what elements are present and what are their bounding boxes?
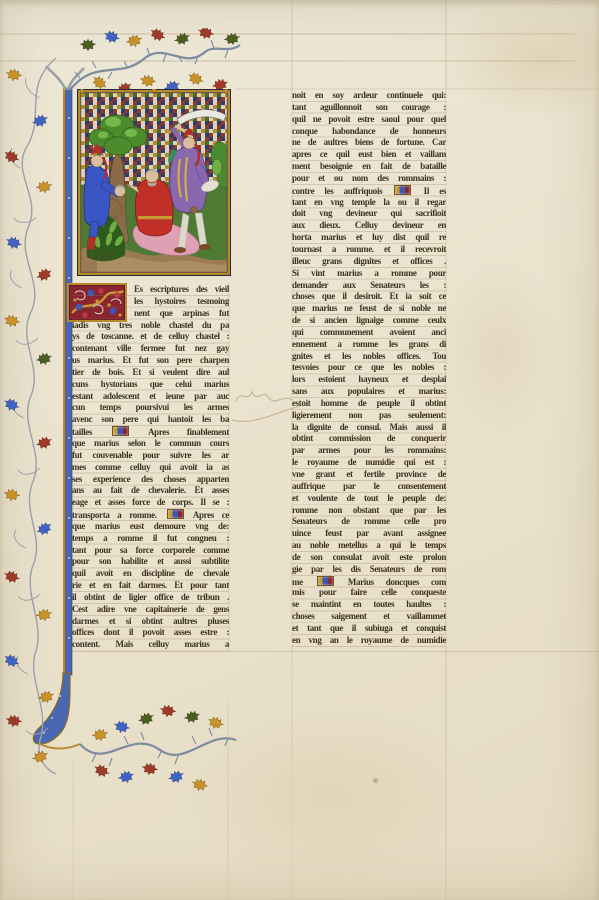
top-vine — [70, 28, 241, 98]
text-line: estant adolescent et ieune par auc — [72, 391, 229, 403]
text-line: me Marius doncques com — [292, 576, 446, 588]
text-line: les hystoires tesmoing — [72, 296, 229, 308]
text-line: mis pour faire celle conqueste — [292, 587, 446, 599]
text-line: quil ne povoit estre saoul pour quel — [292, 114, 446, 126]
text-line: content. Mais celluy marius a — [72, 639, 229, 651]
text-line: Es escriptures des vieil — [72, 284, 229, 296]
paraph-mark — [112, 426, 129, 436]
text-line: eage et asses force de corps. Il se : — [72, 497, 229, 509]
text-line: Si vint marius a romme pour — [292, 268, 446, 280]
left-vine — [2, 58, 56, 774]
text-line: qui communement avoient anci — [292, 327, 446, 339]
text-line: au noble metellus a qui le temps — [292, 540, 446, 552]
text-line: en vng an le royaume de numidie — [292, 635, 446, 647]
text-line: cun temps poursivui les armes — [72, 402, 229, 414]
text-line: mes comme celluy qui avoit ia as — [72, 462, 229, 474]
text-line: ys de toscanne. et de celluy chastel : — [72, 331, 229, 343]
parchment-speck — [372, 777, 379, 784]
text-line: iadis vng tres noble chastel du pa — [72, 320, 229, 332]
text-line: ne de aultres biens de fortune. Car — [292, 137, 446, 149]
text-line: que marius ne feust de si noble ne — [292, 303, 446, 315]
severed-head — [115, 185, 126, 197]
text-line: temps a romme il fut congneu : — [72, 533, 229, 545]
text-line: apres ce quil eust bien et vaillam — [292, 149, 446, 161]
text-line: cuns hystorians que celui marius — [72, 379, 229, 391]
text-line: tournast a romme. et il recevroit — [292, 244, 446, 256]
text-line: ans au fait de chevalerie. Et asses — [72, 485, 229, 497]
text-line: doit vng devineur qui sacrifioit — [292, 208, 446, 220]
text-line: tailles Apres finablement — [72, 426, 229, 438]
miniature-painting — [77, 89, 231, 276]
text-line: tier de bois. Et si veulent dire aul — [72, 367, 229, 379]
text-line: gnites et les nobles offices. Tou — [292, 351, 446, 363]
text-line: illeuc grans dignites et offices . — [292, 256, 446, 268]
text-line: uince feust par avant assignee — [292, 528, 446, 540]
text-line: tant en vng temple la ou il regar — [292, 197, 446, 209]
text-line: quil avoit en discipline de chevale — [72, 568, 229, 580]
text-line: romme non obstant que par les — [292, 505, 446, 517]
paraph-mark — [394, 185, 411, 195]
text-line: tesvoies pour ce que les nobles : — [292, 362, 446, 374]
text-line: de son consulat avoit este prolon — [292, 552, 446, 564]
text-line: que marius eust demoure vng de: — [72, 521, 229, 533]
text-line: aux dieux. Celluy devineur en — [292, 220, 446, 232]
text-line: choses saigement et vaillammet — [292, 611, 446, 623]
text-line: obtint commission de conquerir — [292, 433, 446, 445]
bottom-vine — [80, 704, 236, 793]
text-line: vne grant et fertile province de — [292, 469, 446, 481]
parchment-stain — [180, 700, 480, 890]
text-line: contre les auffriquois Il es — [292, 185, 446, 197]
text-line: fut couvenable pour suivre les ar — [72, 450, 229, 462]
text-line: il obtint de ligier office de tribun . — [72, 592, 229, 604]
text-line: sans aux populaires et marius: — [292, 386, 446, 398]
text-line: horta marius et luy dist quil re — [292, 232, 446, 244]
text-line: pour et ou nom des rommains : — [292, 173, 446, 185]
text-line: Senateurs de romme celle pro — [292, 516, 446, 528]
text-line: demander aux Senateurs les : — [292, 280, 446, 292]
text-line: tant pour sa force corporele comme — [72, 545, 229, 557]
text-line: Cest adire vne capitainerie de gens — [72, 604, 229, 616]
text-line: conque habondance de honneurs — [292, 126, 446, 138]
text-line: contenant ville fermee fut nez gay — [72, 343, 229, 355]
text-column-left: Es escriptures des vieilles hystoires te… — [72, 284, 229, 651]
text-line: ligierement non pas seulement: — [292, 410, 446, 422]
text-line: se maintint en toutes haultes : — [292, 599, 446, 611]
text-line: estoit homme de peuple il obtint — [292, 398, 446, 410]
text-line: le royaume de numidie qui est : — [292, 457, 446, 469]
text-line: tant aguillonnoit son courage : — [292, 102, 446, 114]
text-line: ment besoignie en fait de bataille — [292, 161, 446, 173]
text-line: offices dont il povoit asses estre : — [72, 627, 229, 639]
text-line: lors estoient hayneux et desplai — [292, 374, 446, 386]
text-line: auffrique par le consentement — [292, 481, 446, 493]
text-line: rie et en fait darmes. Et pour tant — [72, 580, 229, 592]
text-line: par armes pour les rommains: — [292, 445, 446, 457]
text-line: et voulente de tout le peuple de: — [292, 493, 446, 505]
text-line: noit en soy ardeur continuele qui: — [292, 90, 446, 102]
text-line: ennement a romme les grans di — [292, 339, 446, 351]
text-line: de si ancien lignaige comme ceulx — [292, 315, 446, 327]
text-line: gie par les dis Senateurs de rom — [292, 564, 446, 576]
text-line: et tant que il subiuga et conquist — [292, 623, 446, 635]
text-line: que marius selon le commun cours — [72, 438, 229, 450]
parchment-stain — [440, 0, 599, 120]
text-line: la dignite de consul. Mais aussi il — [292, 422, 446, 434]
text-line: ses experience des choses apparten — [72, 474, 229, 486]
paraph-mark — [317, 576, 334, 586]
parchment-stain — [440, 260, 560, 440]
text-column-right: noit en soy ardeur continuele qui:tant a… — [292, 90, 446, 647]
text-line: nent que arpinas fut — [72, 308, 229, 320]
text-line: transporta a romme. Apres ce — [72, 509, 229, 521]
text-line: us marius. Et fut son pere charpen — [72, 355, 229, 367]
text-line: choses que il desiroit. Et ia soit ce — [292, 291, 446, 303]
text-line: darmes et si obtint aultres pluses — [72, 616, 229, 628]
text-line: pour son habilite et aussi subtilite — [72, 556, 229, 568]
manuscript-page: Es escriptures des vieilles hystoires te… — [0, 0, 599, 900]
paraph-mark — [167, 509, 184, 519]
text-line: avenc son pere qui hantoit les ba — [72, 414, 229, 426]
